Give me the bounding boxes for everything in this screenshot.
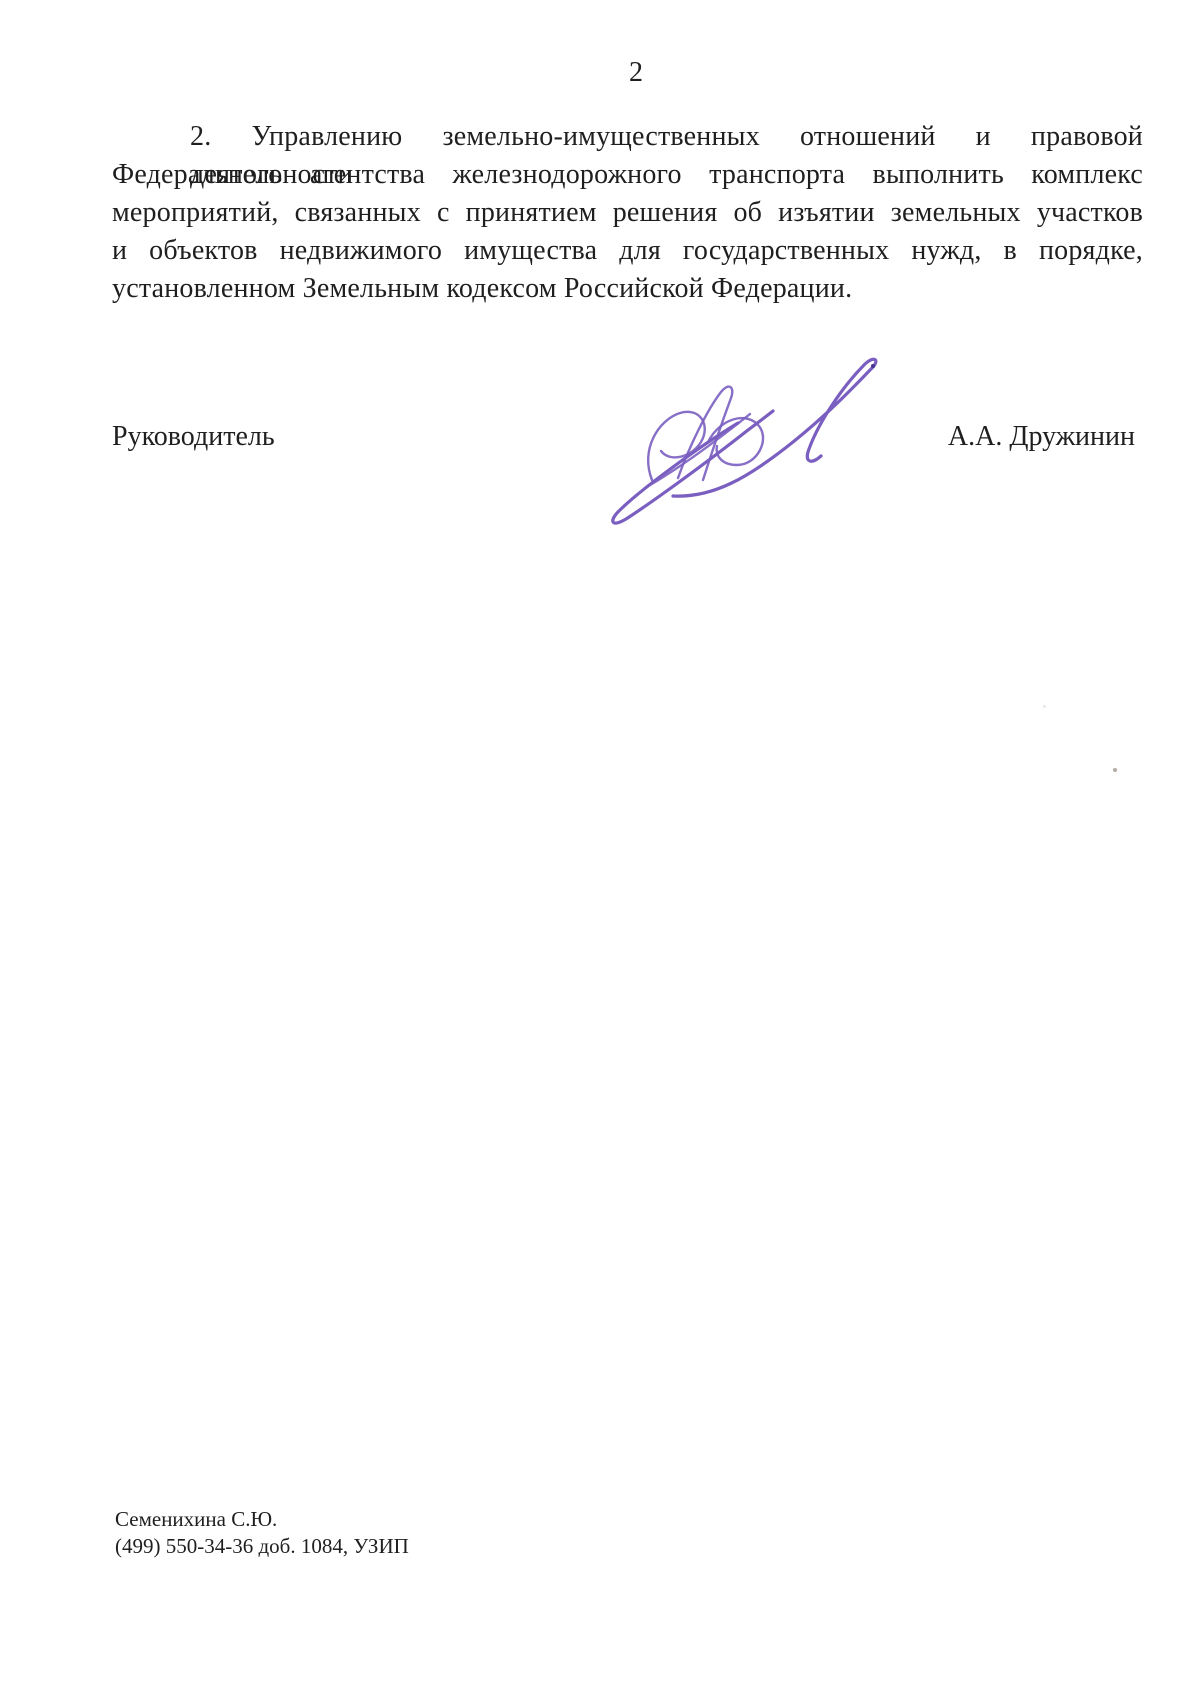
body-paragraph: 2. Управлению земельно-имущественных отн… xyxy=(112,118,1143,308)
scan-speck xyxy=(1043,705,1046,708)
paragraph-line-3: мероприятий, связанных с принятием решен… xyxy=(112,194,1143,232)
executor-phone: (499) 550-34-36 доб. 1084, УЗИП xyxy=(115,1533,409,1560)
scan-speck xyxy=(1113,768,1117,772)
paragraph-line-1: 2. Управлению земельно-имущественных отн… xyxy=(112,118,1143,156)
signer-role-label: Руководитель xyxy=(112,418,275,456)
executor-footer: Семенихина С.Ю. (499) 550-34-36 доб. 108… xyxy=(115,1506,409,1560)
signer-name: А.А. Дружинин xyxy=(948,418,1135,456)
handwritten-signature xyxy=(588,330,888,530)
paragraph-line-5: установленном Земельным кодексом Российс… xyxy=(112,270,1143,308)
page-number: 2 xyxy=(586,56,686,90)
paragraph-line-2: Федерального агентства железнодорожного … xyxy=(112,156,1143,194)
paragraph-line-4: и объектов недвижимого имущества для гос… xyxy=(112,232,1143,270)
executor-name: Семенихина С.Ю. xyxy=(115,1506,409,1533)
scanned-document-page: 2 2. Управлению земельно-имущественных о… xyxy=(0,0,1190,1684)
pen-start-dot xyxy=(871,364,875,368)
